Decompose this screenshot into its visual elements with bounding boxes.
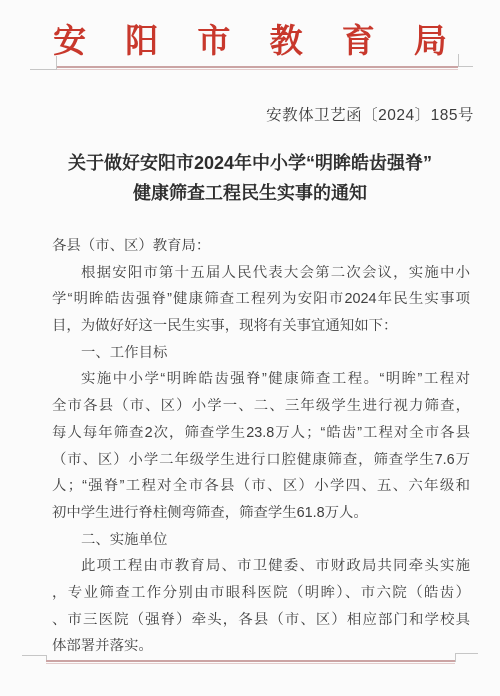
title-line-2: 健康筛查工程民生实事的通知: [0, 178, 500, 208]
body-line: 每人每年筛查2次，筛查学生23.8万人；“皓齿”工程对全市各县: [52, 420, 470, 447]
top-divider-left-mark: [30, 69, 57, 70]
body-line: （市、区）小学二年级学生进行口腔健康筛查，筛查学生7.6万: [52, 447, 470, 474]
header-divider-line: [57, 66, 458, 70]
document-number: 安教体卫艺函〔2024〕185号: [266, 103, 474, 125]
body-line: 目，为做好好这一民生实事，现将有关事宜通知如下：: [52, 313, 470, 340]
body-line: ，专业筛查工作分别由市眼科医院（明眸）、市六院（皓齿）: [52, 580, 470, 607]
title-line-1: 关于做好安阳市2024年中小学“明眸皓齿强脊”: [0, 148, 500, 178]
body-line: 此项工程由市教育局、市卫健委、市财政局共同牵头实施: [52, 553, 470, 580]
body-line: 各县（市、区）教育局：: [52, 233, 470, 260]
body-line: 二、实施单位: [52, 527, 470, 554]
bottom-divider-right-mark: [455, 653, 478, 654]
body-line: 一、工作目标: [52, 340, 470, 367]
document-page: 安 阳 市 教 育 局 安教体卫艺函〔2024〕185号 关于做好安阳市2024…: [0, 0, 500, 696]
top-divider-right-mark: [458, 66, 473, 67]
body-line: 根据安阳市第十五届人民代表大会第二次会议，实施中小: [52, 260, 470, 287]
body-line: 人；“强脊”工程对全市各县（市、区）小学四、五、六年级和: [52, 473, 470, 500]
footer-divider-line: [46, 660, 455, 664]
body-line: 学“明眸皓齿强脊”健康筛查工程列为安阳市2024年民生实事项: [52, 286, 470, 313]
bottom-divider-left-mark: [22, 655, 46, 656]
document-title: 关于做好安阳市2024年中小学“明眸皓齿强脊” 健康筛查工程民生实事的通知: [0, 148, 500, 208]
bottom-divider-right-tick: [455, 653, 456, 662]
body-line: 初中学生进行脊柱侧弯筛查，筛查学生61.8万人。: [52, 500, 470, 527]
document-body: 各县（市、区）教育局：根据安阳市第十五届人民代表大会第二次会议，实施中小学“明眸…: [52, 233, 470, 660]
body-line: 全市各县（市、区）小学一、二、三年级学生进行视力筛查，: [52, 393, 470, 420]
body-line: 体部署并落实。: [52, 633, 470, 660]
body-line: 实施中小学“明眸皓齿强脊”健康筛查工程。“明眸”工程对: [52, 366, 470, 393]
agency-masthead: 安 阳 市 教 育 局: [0, 21, 500, 61]
body-line: 、市三医院（强脊）牵头，各县（市、区）相应部门和学校具: [52, 607, 470, 634]
